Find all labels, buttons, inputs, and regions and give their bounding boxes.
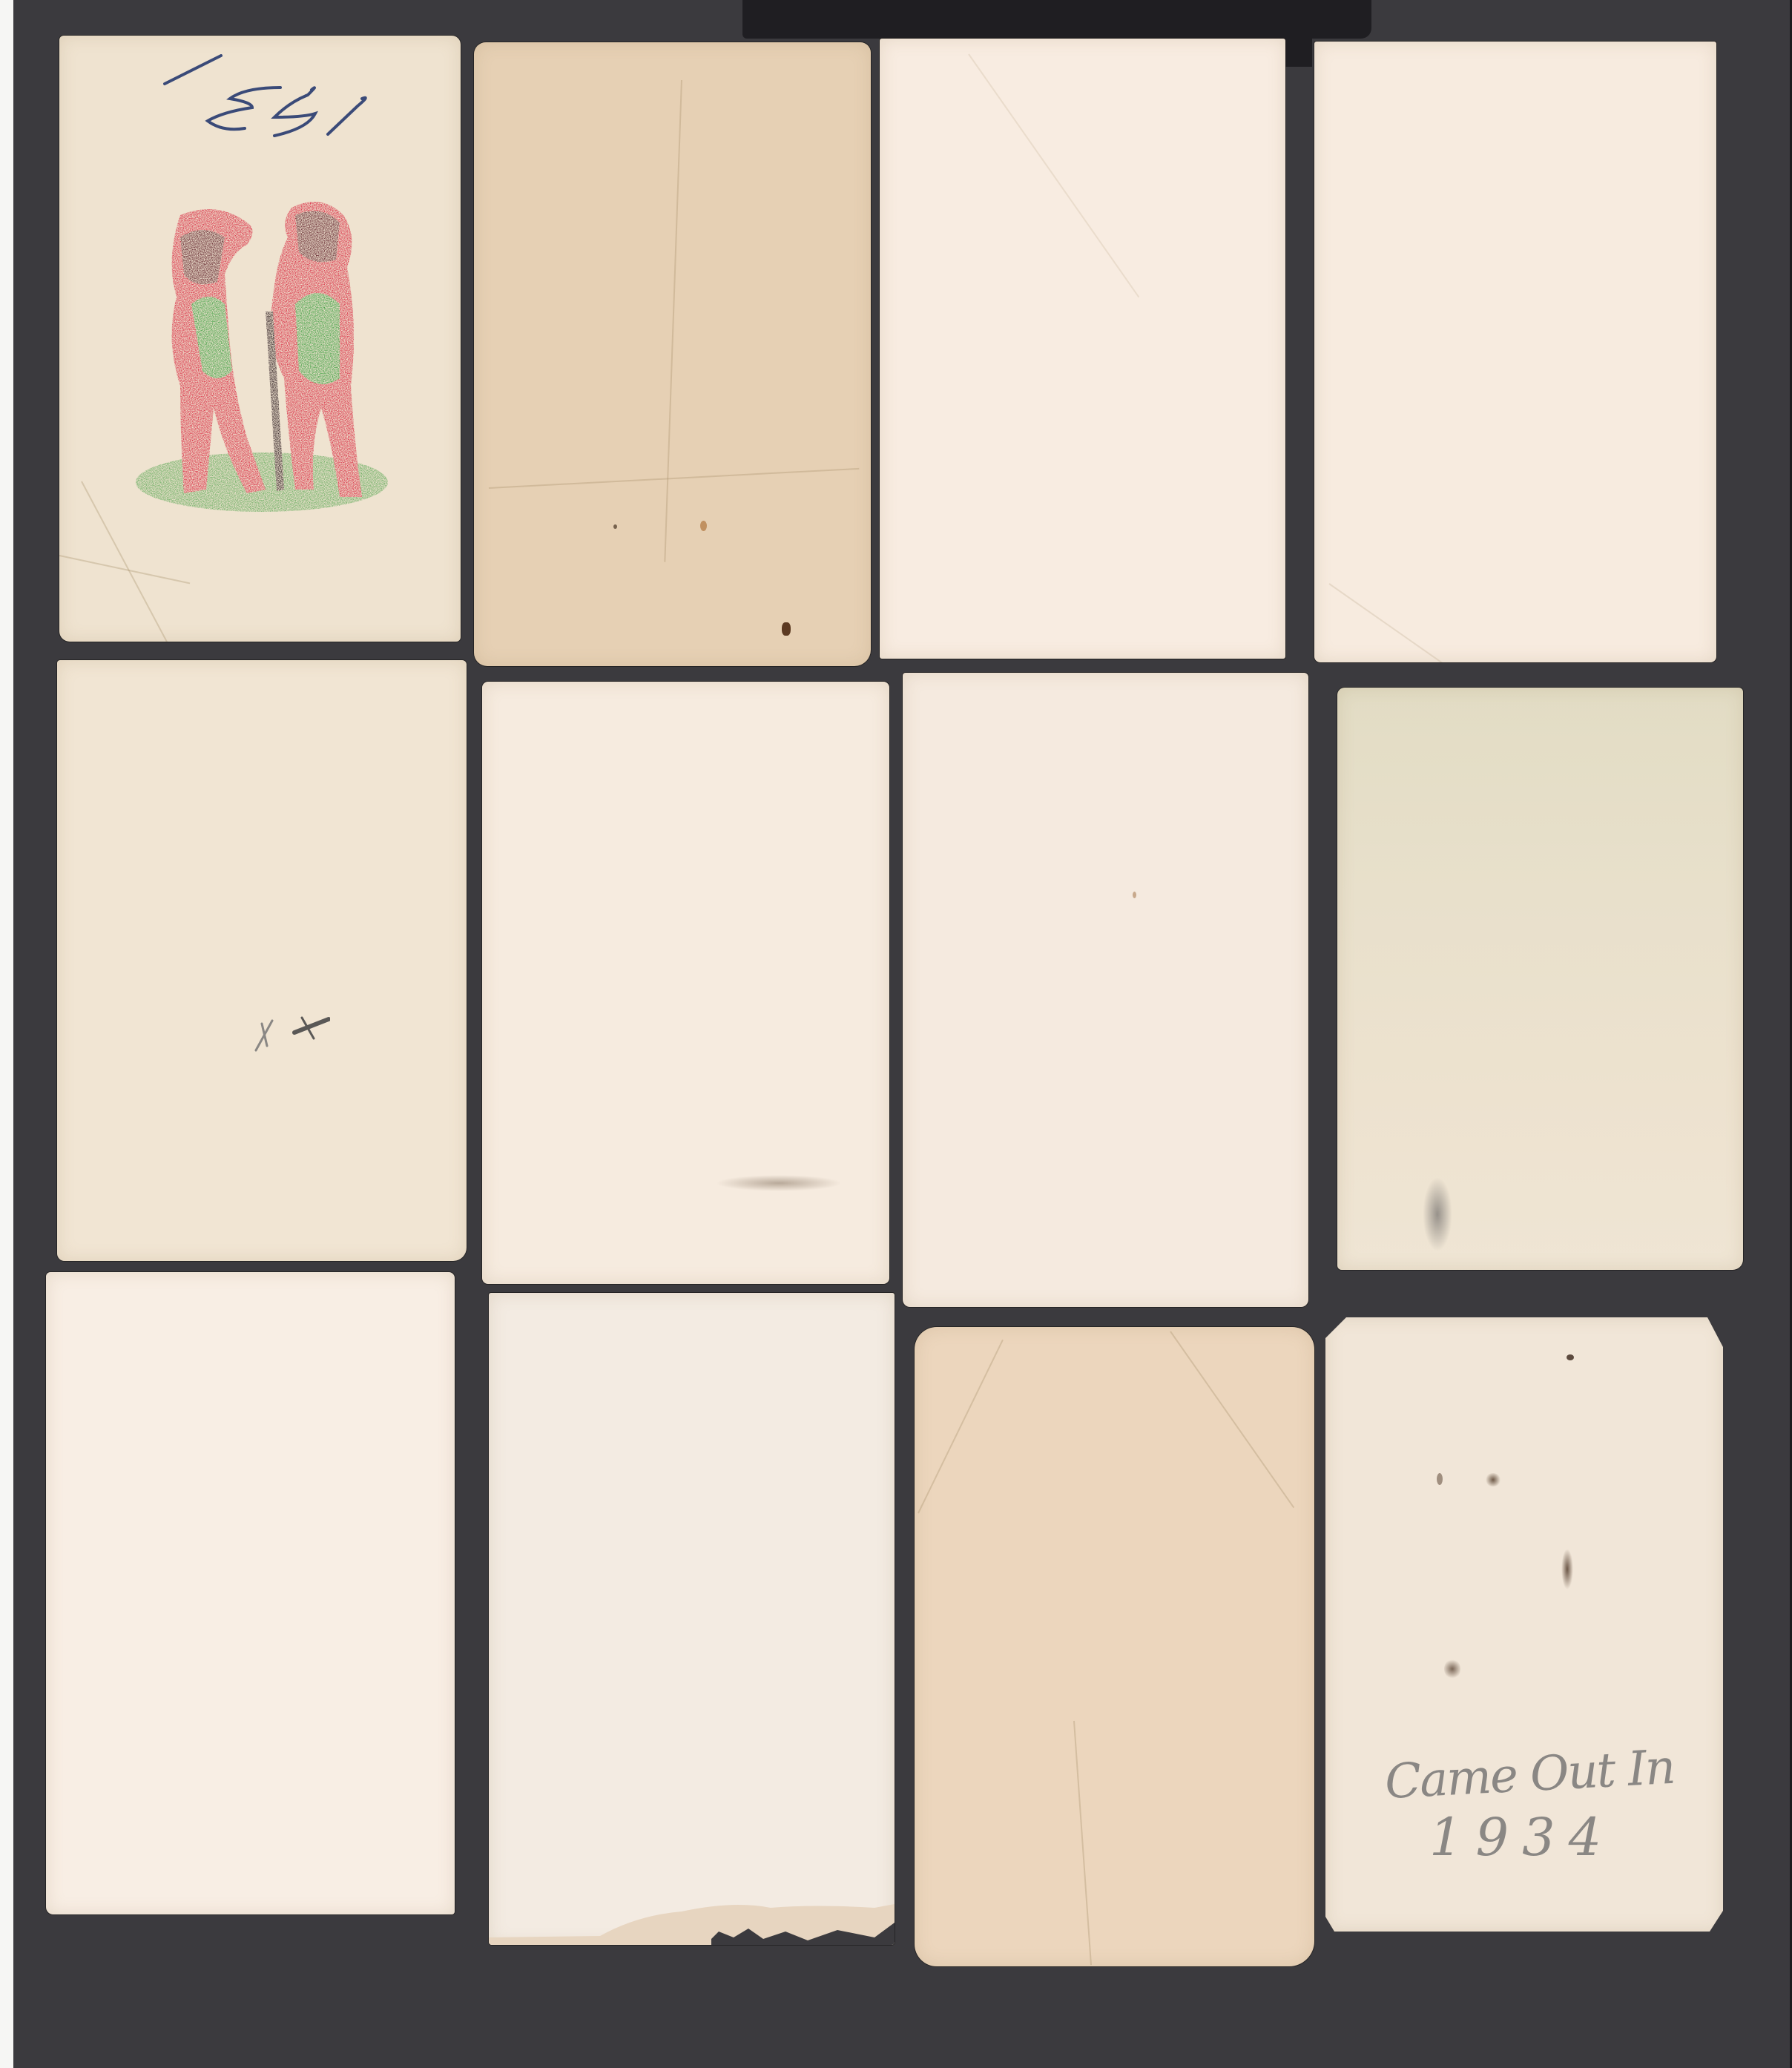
annotation-x-x bbox=[248, 1015, 330, 1059]
crease bbox=[968, 53, 1139, 297]
backing-shadow bbox=[742, 0, 1371, 39]
scanner-margin bbox=[0, 0, 13, 2068]
crease bbox=[1328, 583, 1487, 662]
card-8 bbox=[1337, 688, 1743, 1270]
annotation-came-out-in: Came Out In bbox=[1383, 1740, 1676, 1810]
card-12: Came Out In 1934 bbox=[1325, 1317, 1723, 1932]
stain-spot bbox=[1133, 892, 1136, 898]
stain-spot-dark bbox=[782, 622, 791, 636]
card-4 bbox=[1314, 42, 1716, 662]
crease bbox=[489, 468, 859, 489]
stain-spot bbox=[1444, 1659, 1460, 1679]
card-5 bbox=[57, 660, 467, 1261]
crease bbox=[1170, 1331, 1294, 1508]
annotation-1931-upside-down bbox=[163, 54, 408, 139]
stain-spot bbox=[700, 521, 707, 531]
stain-spot bbox=[1437, 1473, 1443, 1485]
stain-spot bbox=[1485, 1473, 1501, 1486]
artwork-two-figures bbox=[136, 193, 388, 512]
card-3 bbox=[880, 39, 1285, 659]
smudge-marks bbox=[716, 1175, 842, 1191]
card-10 bbox=[489, 1293, 895, 1945]
crease bbox=[918, 1340, 1004, 1514]
crease bbox=[664, 80, 682, 562]
stain-spot bbox=[613, 524, 617, 529]
crease bbox=[1073, 1721, 1092, 1965]
torn-edge-damage bbox=[489, 1886, 895, 1945]
card-2 bbox=[474, 42, 871, 666]
backing-shadow-tail bbox=[1285, 30, 1312, 67]
annotation-year-1934: 1934 bbox=[1429, 1807, 1615, 1868]
card-9 bbox=[46, 1272, 455, 1914]
card-7 bbox=[903, 673, 1308, 1307]
card-6 bbox=[482, 682, 889, 1284]
smudge-marks bbox=[1423, 1177, 1452, 1251]
stain-spot bbox=[1561, 1549, 1573, 1590]
stain-spot bbox=[1567, 1354, 1574, 1360]
card-11 bbox=[915, 1327, 1314, 1966]
crease bbox=[59, 555, 190, 584]
card-1 bbox=[59, 36, 461, 642]
